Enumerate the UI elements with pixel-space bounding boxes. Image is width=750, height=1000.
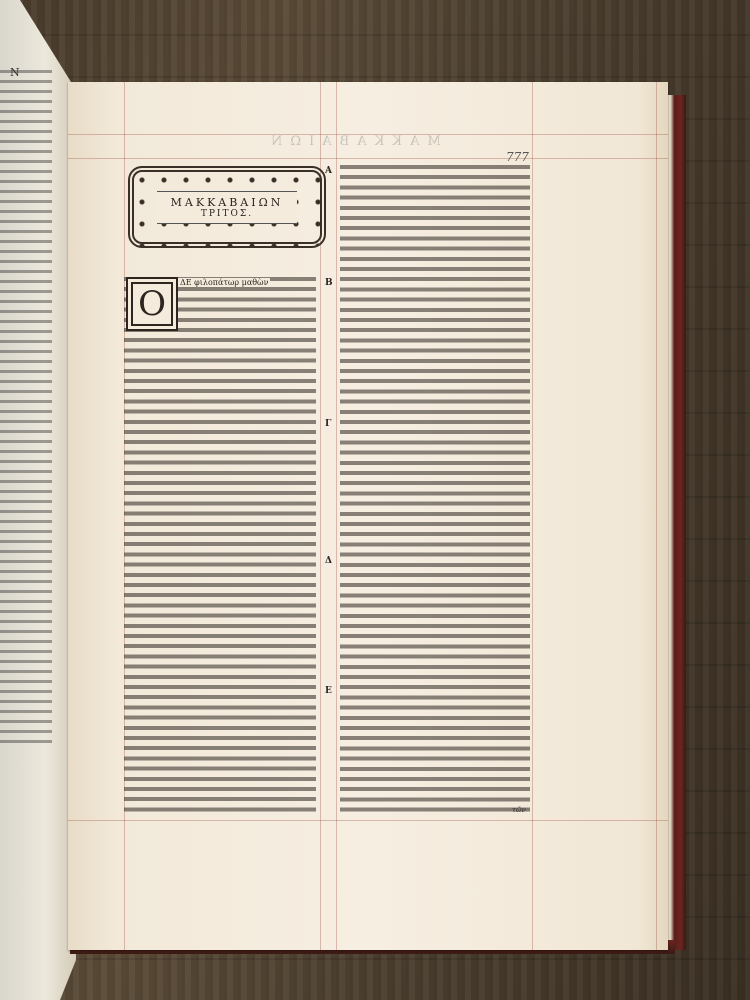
- right-page: ΜΑΚΚΑΒΑΙΩΝ 777 ΜΑΚΚΑΒΑΙΩΝ ΤΡΙΤΟΣ. Ο ΔΕ φ…: [68, 82, 668, 950]
- left-page-text: [0, 70, 52, 750]
- ruled-line: [656, 82, 657, 950]
- ornamental-title-frame: ΜΑΚΚΑΒΑΙΩΝ ΤΡΙΤΟΣ.: [128, 166, 326, 248]
- left-page: N: [0, 0, 76, 1000]
- ruled-line: [68, 158, 668, 159]
- ruled-line: [68, 820, 668, 821]
- margin-letter-gamma: Γ: [325, 419, 331, 429]
- book-title: ΜΑΚΚΑΒΑΙΩΝ: [171, 196, 284, 209]
- text-column-left: [124, 277, 316, 817]
- signature-mark: N: [10, 66, 20, 79]
- page-number: 777: [506, 150, 529, 164]
- catchword: τῶν: [512, 806, 526, 814]
- bleed-through-header: ΜΑΚΚΑΒΑΙΩΝ: [263, 134, 441, 149]
- margin-letter-b: B: [325, 278, 333, 288]
- ruled-line: [336, 82, 337, 950]
- decorated-initial: Ο: [126, 277, 178, 331]
- margin-letter-e: E: [325, 686, 332, 696]
- margin-letter-a: A: [325, 166, 332, 176]
- margin-letter-delta: Δ: [325, 556, 332, 566]
- opening-words: ΔΕ φιλοπάτωρ μαθὼν: [178, 278, 270, 287]
- title-block: ΜΑΚΚΑΒΑΙΩΝ ΤΡΙΤΟΣ.: [157, 191, 298, 224]
- ruled-line: [532, 82, 533, 950]
- book-subtitle: ΤΡΙΤΟΣ.: [171, 209, 284, 219]
- text-column-right: [340, 165, 530, 817]
